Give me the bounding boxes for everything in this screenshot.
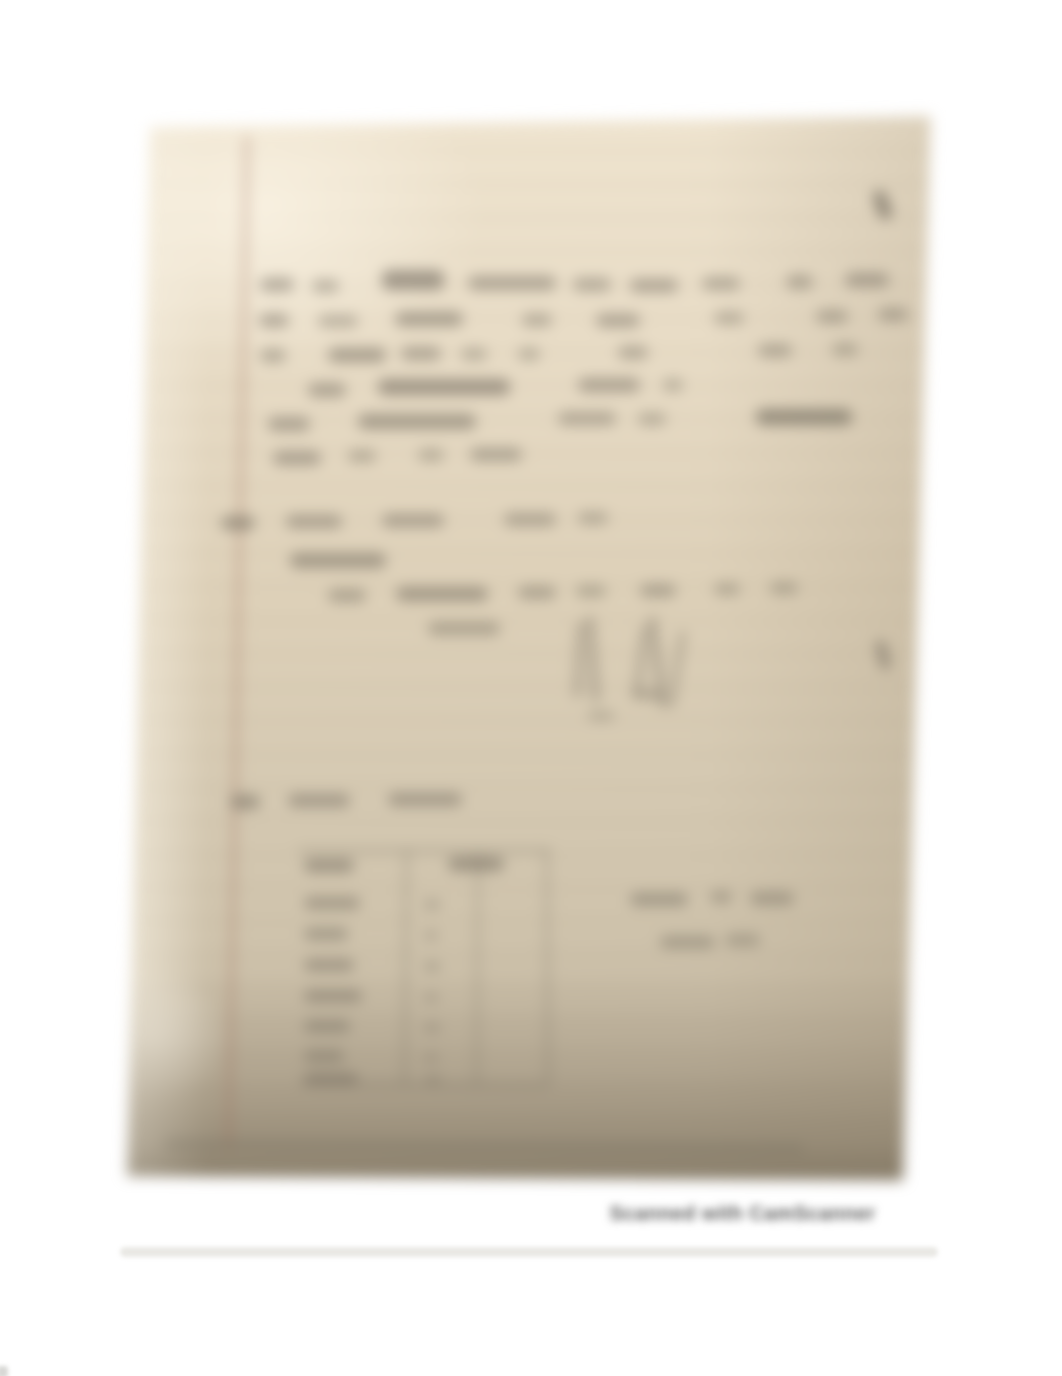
handwriting-stroke <box>328 589 366 602</box>
handwriting-stroke <box>663 379 683 391</box>
handwriting-stroke <box>259 314 289 327</box>
handwriting-stroke <box>770 582 798 594</box>
handwriting-stroke <box>725 934 760 946</box>
handwriting-stroke <box>260 278 294 292</box>
photo-of-handwritten-page <box>118 112 934 1187</box>
handwriting-stroke <box>401 347 441 360</box>
handwriting-stroke <box>288 794 350 807</box>
handwriting-stroke <box>587 616 599 702</box>
handwriting-stroke <box>164 1138 804 1154</box>
handwriting-stroke <box>230 795 260 809</box>
handwriting-stroke <box>382 514 444 527</box>
handwriting-stroke <box>221 516 255 530</box>
handwriting-stroke <box>318 315 358 327</box>
handwriting-stroke <box>758 344 792 357</box>
handwriting-stroke <box>424 962 440 971</box>
handwriting-stroke <box>750 892 794 905</box>
handwriting-stroke <box>304 859 354 872</box>
handwriting-stroke <box>522 314 552 326</box>
handwriting-stroke <box>845 273 889 287</box>
handwriting-stroke <box>388 793 462 806</box>
handwriting-stroke <box>558 412 616 425</box>
handwriting-stroke <box>518 348 540 360</box>
handwriting-stroke <box>702 277 740 290</box>
handwriting-stroke <box>714 583 740 595</box>
handwriting-stroke <box>378 379 510 395</box>
handwriting-stroke <box>304 1020 350 1032</box>
handwriting-stroke <box>630 279 678 292</box>
handwriting-stroke <box>298 849 550 852</box>
handwriting-stroke <box>304 1050 344 1062</box>
handwriting-stroke <box>786 275 813 289</box>
notebook-paper <box>118 112 934 1187</box>
handwriting-stroke <box>634 626 648 696</box>
handwriting-stroke <box>290 553 386 568</box>
handwriting-stroke <box>630 893 688 906</box>
handwriting-stroke <box>396 587 488 601</box>
handwriting-stroke <box>470 448 522 461</box>
handwriting-stroke <box>574 622 584 698</box>
handwriting-stroke <box>871 189 893 222</box>
handwriting-stroke <box>878 308 908 321</box>
handwriting-layer <box>118 112 934 1187</box>
handwriting-stroke <box>304 928 348 940</box>
handwriting-stroke <box>382 270 444 290</box>
handwriting-stroke <box>576 585 606 597</box>
handwriting-stroke <box>304 1073 358 1085</box>
handwriting-stroke <box>578 378 640 392</box>
handwriting-stroke <box>304 897 360 909</box>
handwriting-stroke <box>426 1075 440 1084</box>
handwriting-stroke <box>358 414 476 429</box>
handwriting-stroke <box>710 891 732 903</box>
handwriting-stroke <box>518 586 556 599</box>
handwriting-stroke <box>596 314 640 327</box>
handwriting-stroke <box>403 849 408 1086</box>
handwriting-stroke <box>461 348 487 360</box>
handwriting-stroke <box>348 450 376 462</box>
camscanner-watermark-text: Scanned with CamScanner <box>600 1203 885 1233</box>
handwriting-stroke <box>304 959 354 971</box>
handwriting-stroke <box>714 312 744 324</box>
handwriting-stroke <box>424 900 440 909</box>
handwriting-stroke <box>286 515 342 528</box>
handwriting-stroke <box>395 312 463 326</box>
handwriting-stroke <box>588 712 614 720</box>
handwriting-stroke <box>475 852 479 1086</box>
handwriting-stroke <box>832 343 858 356</box>
handwriting-stroke <box>504 513 556 526</box>
handwriting-stroke <box>756 409 852 425</box>
handwriting-stroke <box>268 417 310 431</box>
handwriting-stroke <box>312 280 339 292</box>
handwriting-stroke <box>816 310 848 323</box>
handwriting-stroke <box>273 451 321 465</box>
handwriting-stroke <box>875 639 892 671</box>
handwriting-stroke <box>418 449 444 461</box>
handwriting-stroke <box>328 348 386 362</box>
handwriting-stroke <box>638 413 666 425</box>
handwriting-stroke <box>468 276 556 290</box>
handwriting-stroke <box>308 383 346 397</box>
handwriting-stroke <box>660 936 715 948</box>
handwriting-stroke <box>424 931 438 940</box>
handwriting-stroke <box>448 857 504 871</box>
handwriting-stroke <box>260 349 286 362</box>
handwriting-stroke <box>618 346 648 359</box>
scanned-document-page: Scanned with CamScanner <box>0 0 1062 1376</box>
corner-speck <box>0 1366 8 1376</box>
handwriting-stroke <box>573 278 611 291</box>
footer-divider-line <box>120 1247 938 1257</box>
handwriting-stroke <box>428 622 500 635</box>
handwriting-stroke <box>424 993 438 1002</box>
handwriting-stroke <box>640 584 676 597</box>
handwriting-stroke <box>424 1053 438 1062</box>
handwriting-stroke <box>304 990 362 1002</box>
handwriting-stroke <box>424 1023 440 1032</box>
handwriting-stroke <box>668 630 686 708</box>
handwriting-stroke <box>545 849 549 1085</box>
handwriting-stroke <box>578 512 608 524</box>
handwriting-stroke <box>632 690 662 699</box>
